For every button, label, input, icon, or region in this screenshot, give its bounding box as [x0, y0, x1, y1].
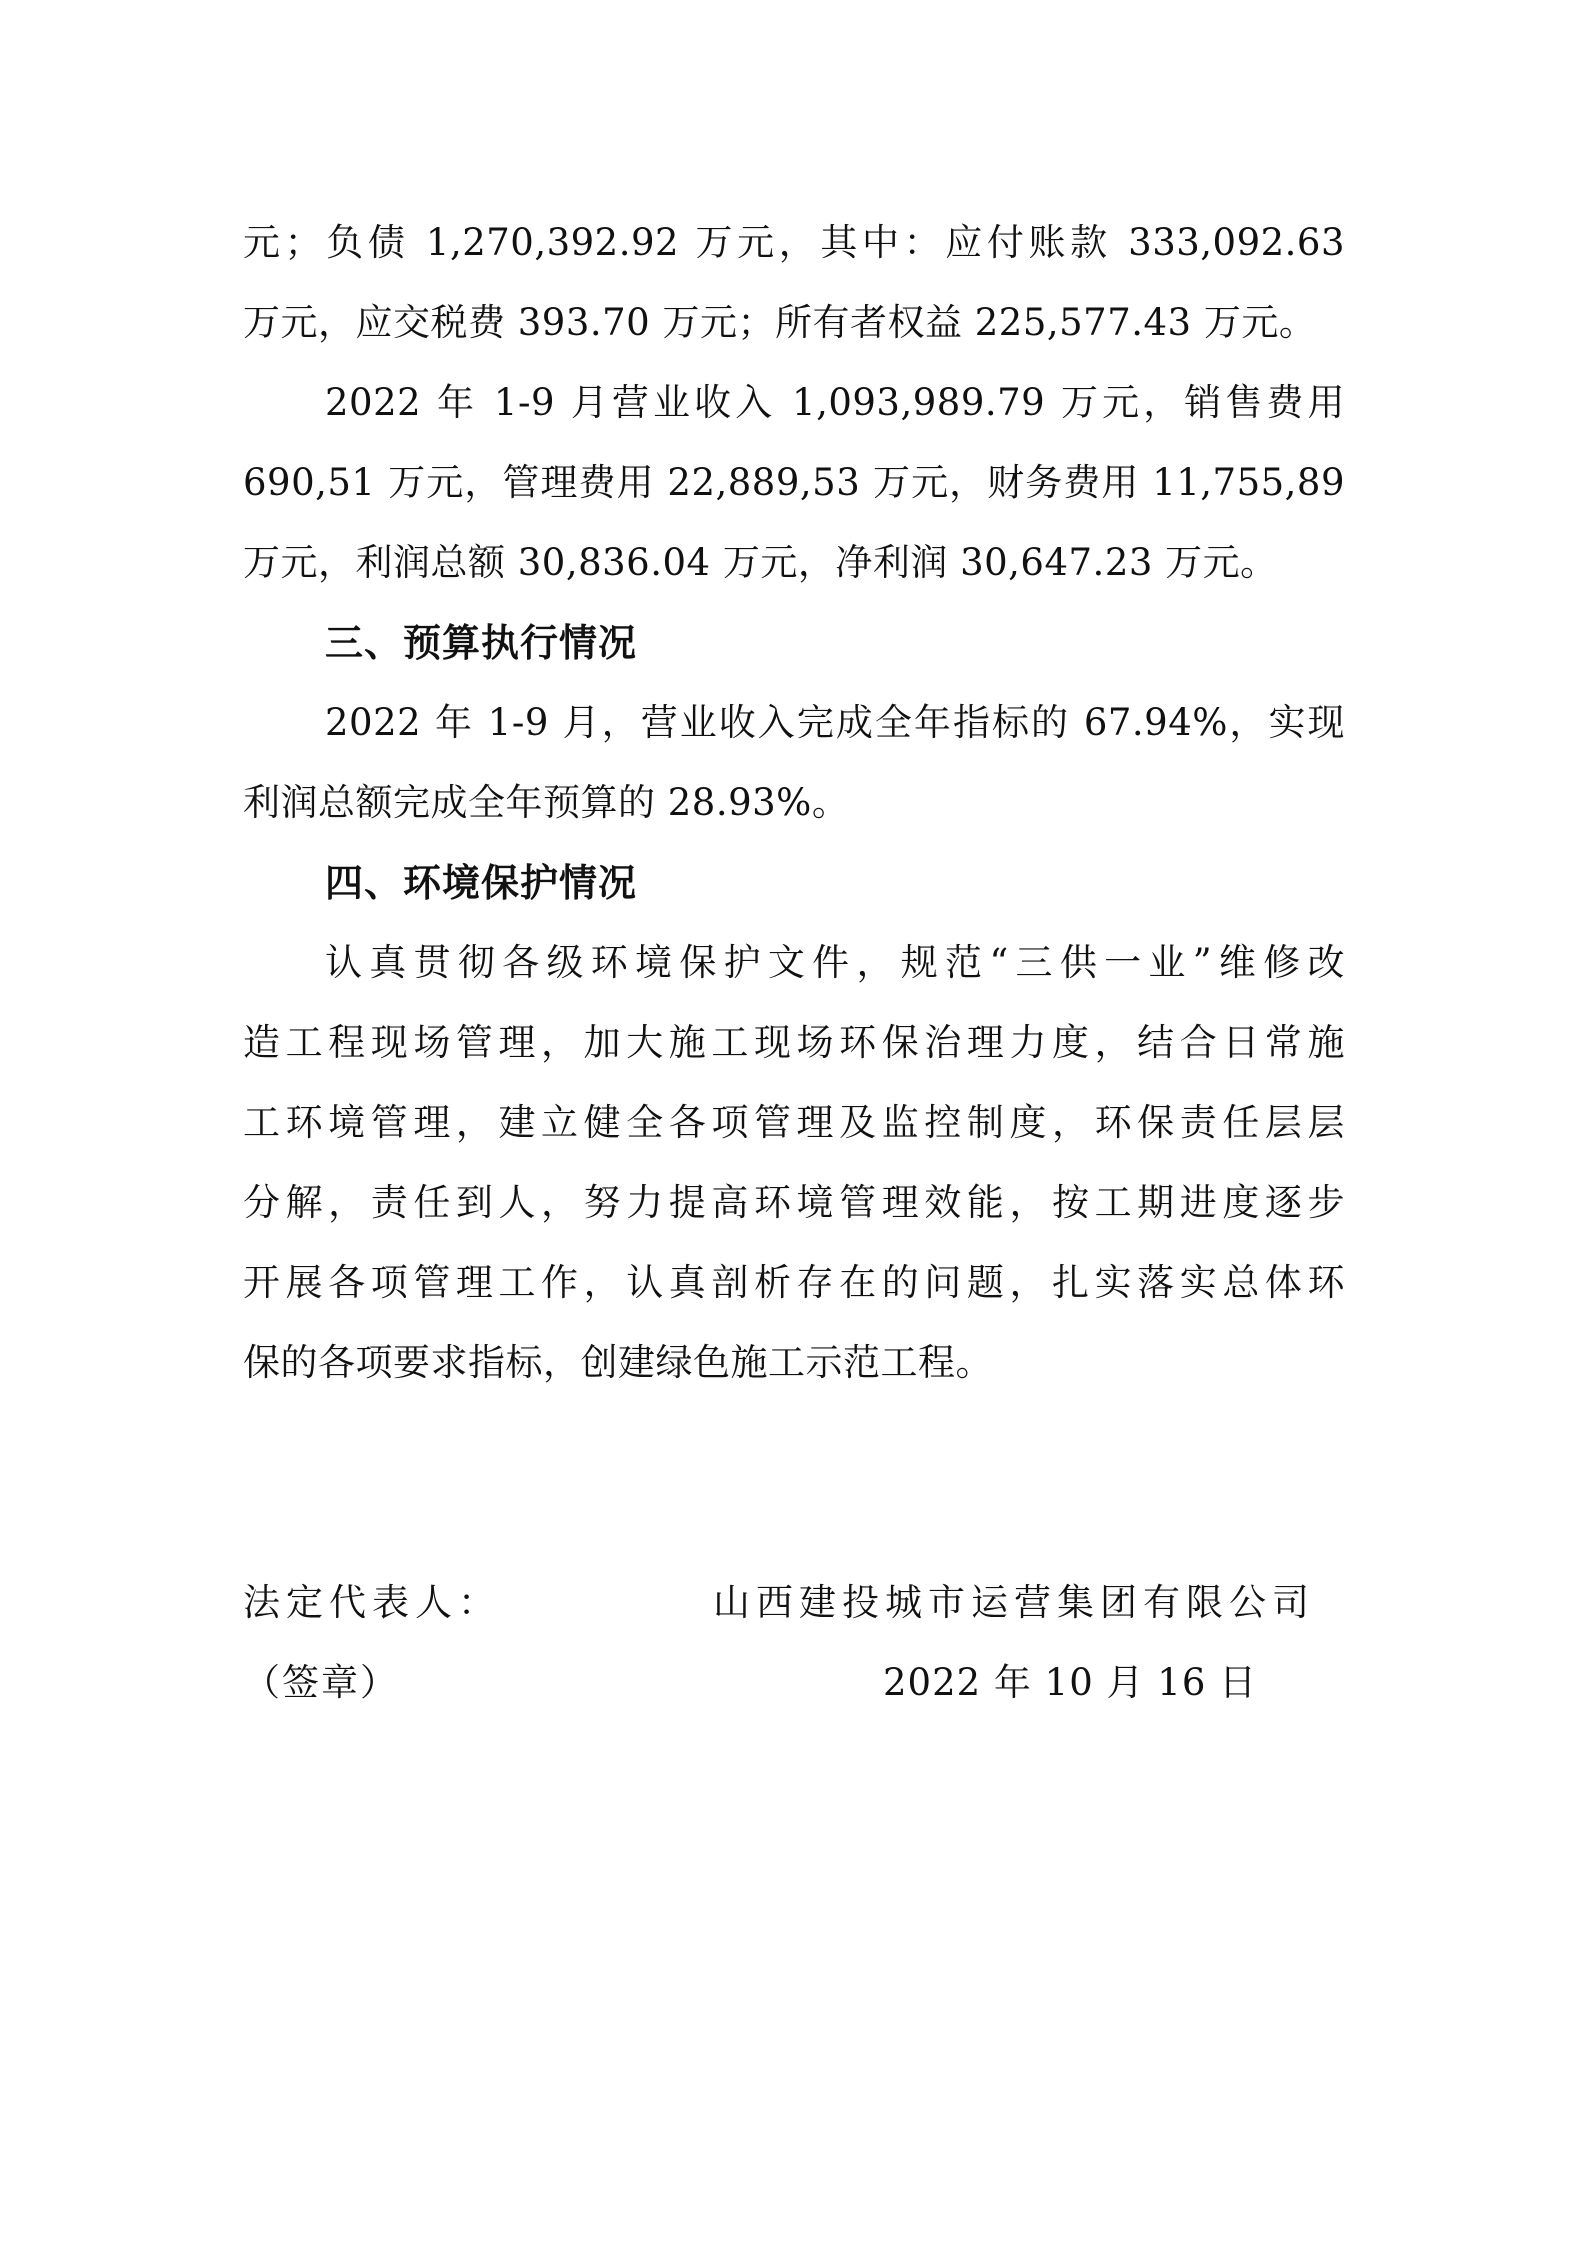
env-line-6: 保的各项要求指标，创建绿色施工示范工程。 — [243, 1323, 1345, 1403]
document-page: 元；负债 1,270,392.92 万元，其中：应付账款 333,092.63 … — [0, 0, 1587, 2245]
income-line-1: 2022 年 1-9 月营业收入 1,093,989.79 万元，销售费用 — [325, 363, 1345, 443]
section-heading-budget: 三、预算执行情况 — [325, 603, 637, 683]
section-heading-environment: 四、环境保护情况 — [325, 843, 637, 923]
signature-date: 2022 年 10 月 16 日 — [883, 1643, 1257, 1723]
seal-label: （签章） — [243, 1643, 399, 1723]
budget-line-2: 利润总额完成全年预算的 28.93%。 — [243, 763, 1345, 843]
income-line-2: 690,51 万元，管理费用 22,889,53 万元，财务费用 11,755,… — [243, 443, 1345, 523]
legal-representative-label: 法定代表人： — [243, 1563, 501, 1643]
income-line-3: 万元，利润总额 30,836.04 万元，净利润 30,647.23 万元。 — [243, 523, 1345, 603]
finance-line-2: 万元，应交税费 393.70 万元；所有者权益 225,577.43 万元。 — [243, 283, 1345, 363]
env-line-4: 分解，责任到人，努力提高环境管理效能，按工期进度逐步 — [243, 1163, 1345, 1243]
budget-line-1: 2022 年 1-9 月，营业收入完成全年指标的 67.94%，实现 — [325, 683, 1345, 763]
company-name: 山西建投城市运营集团有限公司 — [713, 1563, 1315, 1643]
env-line-5: 开展各项管理工作，认真剖析存在的问题，扎实落实总体环 — [243, 1243, 1345, 1323]
env-line-3: 工环境管理，建立健全各项管理及监控制度，环保责任层层 — [243, 1083, 1345, 1163]
finance-line-1: 元；负债 1,270,392.92 万元，其中：应付账款 333,092.63 — [243, 203, 1345, 283]
env-line-1: 认真贯彻各级环境保护文件，规范“三供一业”维修改 — [325, 923, 1345, 1003]
env-line-2: 造工程现场管理，加大施工现场环保治理力度，结合日常施 — [243, 1003, 1345, 1083]
